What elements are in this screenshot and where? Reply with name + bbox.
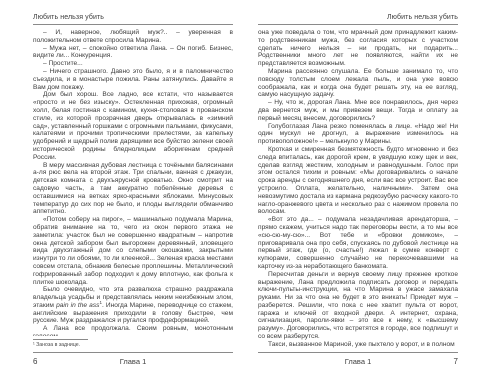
book-spread: Любить нельзя убить – И, наверное, любящ… (0, 0, 500, 373)
page-number-right: 7 (426, 357, 458, 366)
body-paragraph: А Лана все продолжала. Своим ровным, мон… (33, 325, 233, 336)
body-paragraph: Кроткая и смиренная безмятежность будто … (258, 146, 458, 216)
body-paragraph: – Ну, что ж, дорогая Лана. Мне все понра… (258, 99, 458, 122)
chapter-label-left: Глава 1 (65, 357, 201, 366)
footnote: ¹ Заноза в заднице. (33, 342, 233, 348)
running-head-left: Любить нельзя убить (33, 14, 233, 25)
body-paragraph: – Простите... (33, 60, 233, 68)
body-paragraph: «Потом соберу на пирог», – машинально по… (33, 216, 233, 286)
chapter-label-right: Глава 1 (290, 357, 426, 366)
footnote-separator (33, 339, 88, 340)
body-paragraph: Такси, вызванное Мариной, уже пыхтело у … (258, 341, 458, 349)
body-paragraph: Пересчитав деньги и вернув своему лицу п… (258, 271, 458, 341)
body-paragraph: она уже поведала о том, что мрачный дом … (258, 29, 458, 68)
book-page-right: Любить нельзя убить она уже поведала о т… (258, 14, 458, 366)
body-paragraph: Голубоглазая Лана резко поменялась в лиц… (258, 123, 458, 146)
page-footer-right: Глава 1 7 (258, 352, 458, 366)
page-footer-left: 6 Глава 1 (33, 352, 233, 366)
body-paragraph: Дом был хорош. Все ладно, все кстати, чт… (33, 91, 233, 161)
book-page-left: Любить нельзя убить – И, наверное, любящ… (33, 14, 233, 366)
page-number-left: 6 (33, 357, 65, 366)
body-paragraph: – И, наверное, любящий муж?.. – уверенна… (33, 29, 233, 45)
running-head-right: Любить нельзя убить (258, 14, 458, 25)
body-paragraph: Марина рассеянно слушала. Ее больше зани… (258, 68, 458, 99)
body-paragraph: Было очевидно, что эта развалюха страшно… (33, 286, 233, 325)
body-paragraph: – Мужа нет, – спокойно ответила Лана. – … (33, 45, 233, 61)
body-paragraph: «Вот это да... – подумала незадачливая а… (258, 216, 458, 271)
body-paragraph: – Ничего страшного. Давно это было, я и … (33, 68, 233, 91)
page-body-right: она уже поведала о том, что мрачный дом … (258, 29, 458, 352)
page-body-left: – И, наверное, любящий муж?.. – уверенна… (33, 29, 233, 336)
body-paragraph: В меру массивная дубовая лестница с точё… (33, 162, 233, 217)
